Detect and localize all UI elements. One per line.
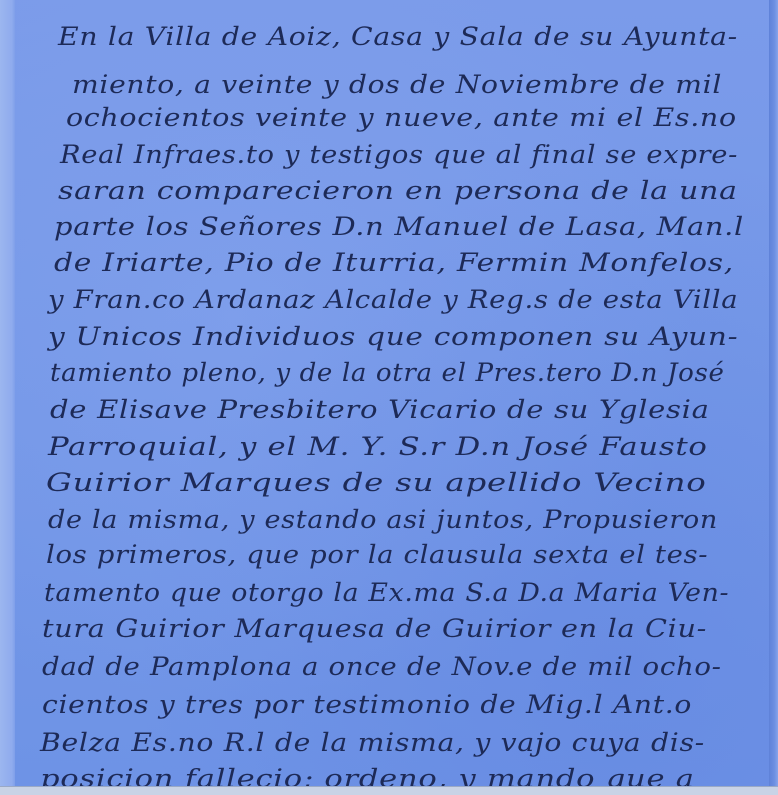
text-line: los primeros, que por la clausula sexta … [46, 540, 708, 569]
text-line: Guirior Marques de su apellido Vecino [46, 468, 707, 497]
text-line: y Unicos Individuos que componen su Ayun… [48, 322, 738, 351]
text-line: y Fran.co Ardanaz Alcalde y Reg.s de est… [48, 285, 738, 314]
text-line: miento, a veinte y dos de Noviembre de m… [72, 70, 722, 99]
text-line: tura Guirior Marquesa de Guirior en la C… [42, 614, 707, 643]
left-margin-strip [0, 0, 15, 787]
text-line: cientos y tres por testimonio de Mig.l A… [42, 690, 692, 719]
text-line: tamento que otorgo la Ex.ma S.a D.a Mari… [44, 578, 729, 607]
bottom-edge-strip [0, 786, 778, 795]
text-line: Parroquial, y el M. Y. S.r D.n José Faus… [48, 432, 708, 461]
text-line: saran comparecieron en persona de la una [58, 176, 738, 205]
text-line: En la Villa de Aoiz, Casa y Sala de su A… [58, 22, 738, 51]
text-line: Belza Es.no R.l de la misma, y vajo cuya… [40, 728, 705, 757]
text-line: de Elisave Presbitero Vicario de su Ygle… [50, 395, 710, 424]
text-line: de Iriarte, Pio de Iturria, Fermin Monfe… [54, 248, 734, 277]
text-line: ochocientos veinte y nueve, ante mi el E… [66, 103, 737, 132]
manuscript-page: En la Villa de Aoiz, Casa y Sala de su A… [0, 0, 778, 787]
text-line: parte los Señores D.n Manuel de Lasa, Ma… [54, 212, 744, 241]
right-edge-strip [769, 0, 778, 787]
text-line: tamiento pleno, y de la otra el Pres.ter… [50, 358, 725, 387]
text-line: Real Infraes.to y testigos que al final … [60, 140, 738, 169]
text-line: dad de Pamplona a once de Nov.e de mil o… [42, 652, 722, 681]
text-line: de la misma, y estando asi juntos, Propu… [48, 505, 718, 534]
